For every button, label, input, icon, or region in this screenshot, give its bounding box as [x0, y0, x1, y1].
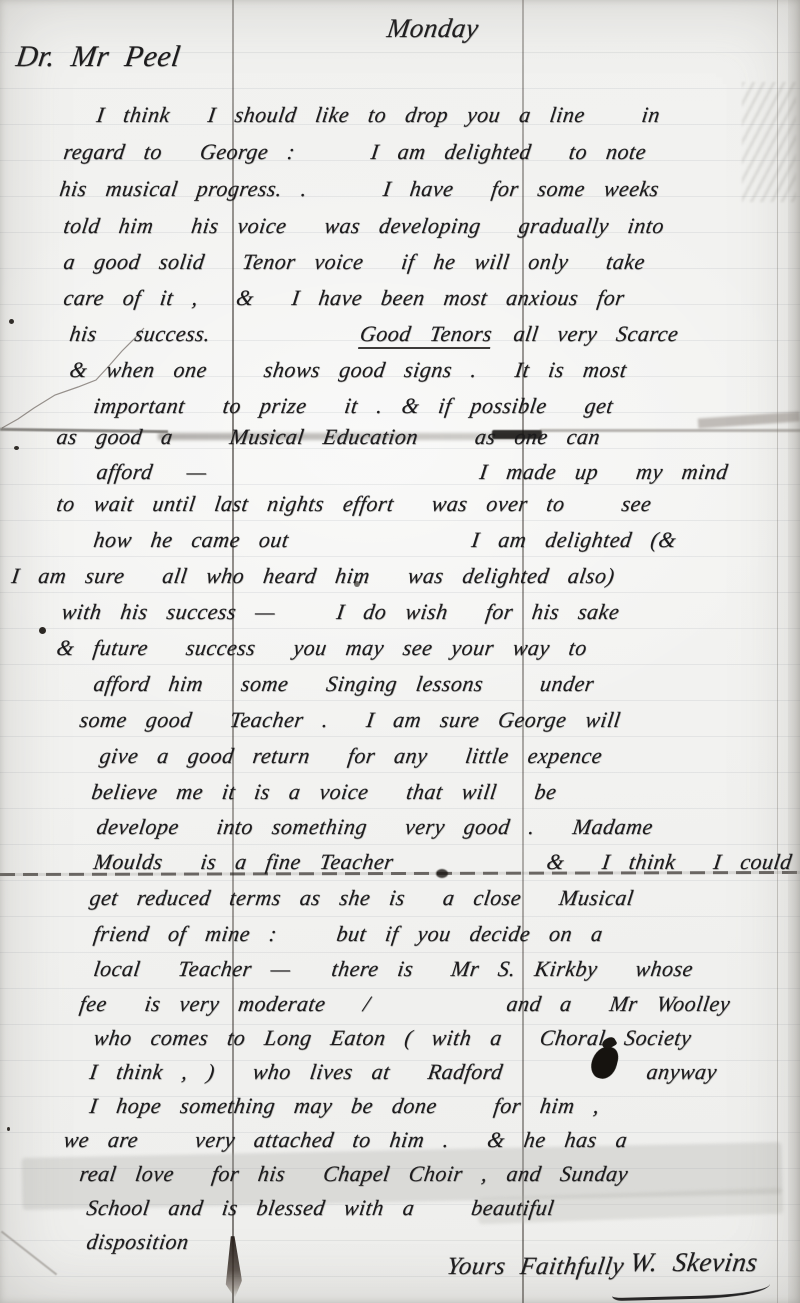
bottom-left-tear-line	[1, 1231, 57, 1276]
letter-line-31-segment-1: real love for his Chapel Choir , and Sun…	[78, 1162, 630, 1186]
corner-scuff-marks	[742, 82, 796, 202]
letter-line-2-segment-1: regard to George : I am delighted to not…	[62, 140, 648, 164]
letter-line-24-segment-2: but if you decide on a	[335, 922, 604, 946]
letter-line-11-segment-2: —	[185, 460, 208, 484]
letter-line-6-segment-1: care of it , & I have been most anxious …	[62, 286, 626, 310]
letter-line-10-segment-1: as good a Musical Education as one can	[55, 425, 602, 449]
letter-line-12-segment-1: to wait until last nights effort was ove…	[55, 492, 653, 516]
letter-line-14-segment-1: I am sure all who heard him was delighte…	[10, 564, 616, 588]
letter-line-28-segment-2: anyway	[645, 1060, 719, 1084]
letter-line-30-segment-1: we are very attached to him . & he has a	[62, 1128, 629, 1152]
ink-speck	[14, 446, 19, 450]
letter-line-13-segment-1: how he came out	[92, 528, 290, 552]
letter-line-15-segment-2: I do wish for his sake	[335, 600, 621, 624]
letter-line-7-segment-2: Good Tenors	[358, 322, 494, 349]
letter-line-7-segment-3: all very Scarce	[512, 322, 680, 346]
letter-line-15-segment-1: with his success —	[60, 600, 277, 624]
letter-line-8-segment-1: & when one shows good signs . It is most	[68, 358, 628, 382]
letter-line-18-segment-1: some good Teacher . I am sure George wil…	[78, 708, 622, 732]
letter-line-29-segment-1: I hope something may be done for him ,	[88, 1094, 601, 1118]
letter-salutation: Dr. Mr Peel	[14, 40, 183, 73]
letter-line-25-segment-1: local Teacher —	[92, 957, 293, 981]
horizontal-crease-upper-edge-smudge	[698, 411, 800, 428]
letter-line-4-segment-1: told him his voice was developing gradua…	[62, 214, 666, 238]
letter-line-24-segment-1: friend of mine :	[92, 922, 279, 946]
ink-speck	[7, 1127, 10, 1131]
letter-line-11-segment-3: I made up my mind	[478, 460, 730, 484]
letter-line-11-segment-1: afford	[95, 460, 154, 484]
letter-closing: Yours Faithfully	[445, 1253, 626, 1281]
bottom-fold-ink-streak	[224, 1236, 242, 1298]
letter-line-26-segment-1: fee is very moderate /	[78, 992, 372, 1016]
letter-signature: W. Skevins	[628, 1248, 760, 1278]
letter-line-27-segment-1: who comes to Long Eaton ( with a Choral …	[92, 1026, 693, 1050]
letter-heading: Monday	[385, 14, 481, 44]
letter-line-7-segment-1: his success.	[68, 322, 212, 346]
letter-page: Monday Dr. Mr Peel Yours Faithfully W. S…	[0, 0, 800, 1303]
ink-speck	[9, 319, 14, 324]
letter-line-32-segment-1: School and is blessed with a beautiful	[85, 1196, 556, 1220]
letter-line-3-segment-1: his musical progress. . I have for some …	[58, 177, 661, 201]
letter-line-28-segment-1: I think , ) who lives at Radford	[88, 1060, 504, 1084]
letter-line-22-segment-1: Moulds is a fine Teacher	[92, 850, 395, 874]
letter-line-17-segment-1: afford him some Singing lessons under	[92, 672, 596, 696]
letter-line-26-segment-2: and a Mr Woolley	[505, 992, 732, 1016]
letter-line-13-segment-2: I am delighted (&	[470, 528, 678, 552]
letter-line-25-segment-2: there is Mr S. Kirkby whose	[330, 957, 695, 981]
letter-line-33-segment-1: disposition	[85, 1230, 190, 1254]
ink-speck	[39, 627, 46, 634]
letter-line-5-segment-1: a good solid Tenor voice if he will only…	[62, 250, 647, 274]
letter-line-9-segment-1: important to prize it . & if possible ge…	[92, 394, 615, 418]
horizontal-crease-lower-blob	[436, 869, 448, 878]
letter-line-23-segment-1: get reduced terms as she is a close Musi…	[88, 886, 635, 910]
signature-flourish-underline	[612, 1280, 770, 1301]
letter-line-16-segment-1: & future success you may see your way to	[55, 636, 589, 660]
letter-line-20-segment-1: believe me it is a voice that will be	[90, 780, 558, 804]
letter-line-19-segment-1: give a good return for any little expenc…	[98, 744, 604, 768]
letter-line-1-segment-1: I think I should like to drop you a line…	[95, 103, 662, 127]
letter-line-22-segment-2: & I think I could	[545, 850, 794, 874]
letter-line-21-segment-1: develope into something very good . Mada…	[95, 815, 655, 839]
